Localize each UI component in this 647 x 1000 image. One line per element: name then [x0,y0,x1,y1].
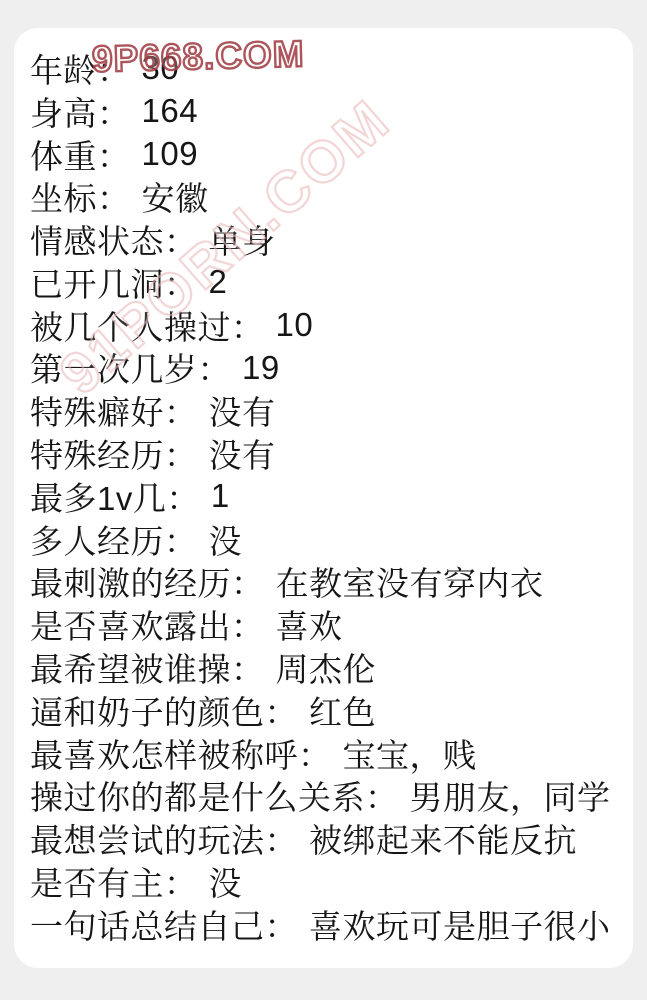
qa-label: 情感状态： [30,216,198,263]
qa-line: 坐标：安徽 [30,175,629,218]
qa-value: 喜欢 [276,601,343,648]
qa-label: 已开几洞： [30,259,198,306]
qa-value: 没 [209,516,243,563]
qa-value: 没有 [209,387,276,434]
qa-value: 没 [209,858,243,905]
qa-value: 2 [209,263,228,301]
qa-value: 164 [142,92,199,130]
qa-line: 第一次几岁：19 [30,347,629,390]
qa-label: 最想尝试的玩法： [30,815,298,862]
qa-value: 在教室没有穿内衣 [276,558,544,605]
qa-label: 操过你的都是什么关系： [30,772,399,819]
qa-value: 周杰伦 [276,644,377,691]
profile-card: 年龄：30身高：164体重：109坐标：安徽情感状态：单身已开几洞：2被几个人操… [14,28,633,968]
qa-line: 操过你的都是什么关系：男朋友，同学 [30,775,629,818]
qa-value: 单身 [209,216,276,263]
qa-label: 被几个人操过： [30,302,265,349]
qa-line: 一句话总结自己：喜欢玩可是胆子很小 [30,903,629,946]
qa-value: 109 [142,135,199,173]
qa-label: 最刺激的经历： [30,558,265,605]
qa-line: 最希望被谁操：周杰伦 [30,646,629,689]
profile-list: 年龄：30身高：164体重：109坐标：安徽情感状态：单身已开几洞：2被几个人操… [30,47,629,946]
qa-value: 1 [211,477,230,515]
qa-label: 坐标： [30,173,131,220]
qa-label: 最喜欢怎样被称呼： [30,730,332,777]
qa-line: 是否有主：没 [30,860,629,903]
qa-label: 第一次几岁： [30,344,231,391]
qa-line: 是否喜欢露出：喜欢 [30,603,629,646]
qa-line: 特殊癖好：没有 [30,389,629,432]
qa-label: 一句话总结自己： [30,901,298,948]
page-background: 年龄：30身高：164体重：109坐标：安徽情感状态：单身已开几洞：2被几个人操… [0,0,647,1000]
qa-value: 喜欢玩可是胆子很小 [309,901,611,948]
qa-line: 已开几洞：2 [30,261,629,304]
qa-label: 逼和奶子的颜色： [30,687,298,734]
qa-value: 19 [242,349,280,387]
qa-label: 特殊经历： [30,430,198,477]
qa-line: 最刺激的经历：在教室没有穿内衣 [30,561,629,604]
qa-label: 最多1v几： [30,473,200,520]
qa-value: 没有 [209,430,276,477]
qa-value: 被绑起来不能反抗 [309,815,577,862]
qa-label: 最希望被谁操： [30,644,265,691]
qa-label: 年龄： [30,45,131,92]
qa-line: 最多1v几：1 [30,475,629,518]
qa-value: 10 [276,306,314,344]
qa-value: 30 [142,49,180,87]
qa-line: 身高：164 [30,90,629,133]
qa-line: 最想尝试的玩法：被绑起来不能反抗 [30,817,629,860]
qa-label: 多人经历： [30,516,198,563]
qa-line: 最喜欢怎样被称呼：宝宝，贱 [30,732,629,775]
qa-line: 被几个人操过：10 [30,304,629,347]
qa-value: 安徽 [142,173,209,220]
qa-label: 特殊癖好： [30,387,198,434]
qa-line: 情感状态：单身 [30,218,629,261]
qa-label: 身高： [30,88,131,135]
qa-line: 年龄：30 [30,47,629,90]
qa-value: 红色 [309,687,376,734]
qa-label: 是否有主： [30,858,198,905]
qa-line: 体重：109 [30,133,629,176]
qa-value: 宝宝，贱 [343,730,477,777]
qa-value: 男朋友，同学 [410,772,611,819]
qa-label: 体重： [30,131,131,178]
qa-line: 逼和奶子的颜色：红色 [30,689,629,732]
qa-line: 特殊经历：没有 [30,432,629,475]
qa-line: 多人经历：没 [30,518,629,561]
qa-label: 是否喜欢露出： [30,601,265,648]
